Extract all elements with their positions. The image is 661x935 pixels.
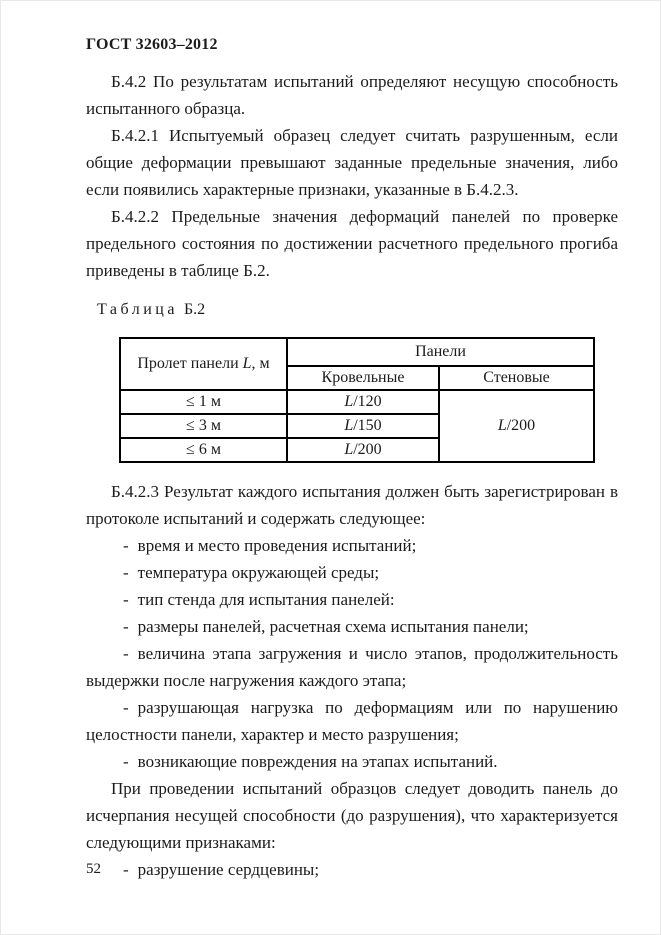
roof-value-italic: L bbox=[344, 417, 353, 434]
list-item-text: тип стенда для испытания панелей: bbox=[129, 590, 395, 609]
col1-header-suffix: , м bbox=[252, 355, 270, 372]
list-bullet: - bbox=[123, 644, 129, 663]
list-bullet: - bbox=[123, 536, 129, 555]
table-subheader-wall: Стеновые bbox=[439, 366, 594, 390]
list-bullet: - bbox=[123, 698, 129, 717]
span-cell: ≤ 3 м bbox=[120, 414, 287, 438]
paragraph-b422: Б.4.2.2 Предельные значения деформаций п… bbox=[86, 203, 618, 284]
wall-value-rest: /200 bbox=[507, 417, 535, 434]
paragraph-b421: Б.4.2.1 Испытуемый образец следует счита… bbox=[86, 122, 618, 203]
roof-value-italic: L bbox=[344, 393, 353, 410]
table-caption-word: Таблица bbox=[97, 301, 178, 318]
roof-value-rest: /120 bbox=[353, 393, 381, 410]
list-item-text: возникающие повреждения на этапах испыта… bbox=[129, 752, 498, 771]
table-header-panels: Панели bbox=[287, 338, 594, 366]
table-b2: Пролет панели L, м Панели Кровельные Сте… bbox=[119, 337, 595, 463]
list-bullet: - bbox=[123, 617, 129, 636]
roof-value-cell: L/150 bbox=[287, 414, 439, 438]
span-cell: ≤ 6 м bbox=[120, 438, 287, 462]
list-bullet: - bbox=[123, 563, 129, 582]
list-item-text: размеры панелей, расчетная схема испытан… bbox=[129, 617, 529, 636]
col1-header-italic: L bbox=[243, 355, 252, 372]
table-caption: ТаблицаБ.2 bbox=[86, 299, 618, 321]
wall-value-italic: L bbox=[498, 417, 507, 434]
paragraph-b423: Б.4.2.3 Результат каждого испытания долж… bbox=[86, 478, 618, 532]
list-item-text: разрушающая нагрузка по деформациям или … bbox=[86, 698, 618, 744]
list-item-text: разрушение сердцевины; bbox=[129, 860, 319, 879]
table-header-span: Пролет панели L, м bbox=[120, 338, 287, 390]
document-body: Б.4.2 По результатам испытаний определяю… bbox=[86, 68, 618, 883]
list-item-text: величина этапа загружения и число этапов… bbox=[86, 644, 618, 690]
list-item: -температура окружающей среды; bbox=[86, 559, 618, 586]
wall-value-cell: L/200 bbox=[439, 390, 594, 462]
list-bullet: - bbox=[123, 590, 129, 609]
col1-header-text: Пролет панели bbox=[137, 355, 242, 372]
roof-value-rest: /150 bbox=[353, 417, 381, 434]
table-row: ≤ 1 м L/120 L/200 bbox=[120, 390, 594, 414]
roof-value-rest: /200 bbox=[353, 441, 381, 458]
list-item: -время и место проведения испытаний; bbox=[86, 532, 618, 559]
table-caption-number: Б.2 bbox=[184, 301, 205, 318]
list-item: -размеры панелей, расчетная схема испыта… bbox=[86, 613, 618, 640]
document-page: ГОСТ 32603–2012 Б.4.2 По результатам исп… bbox=[0, 0, 661, 935]
list-item: -тип стенда для испытания панелей: bbox=[86, 586, 618, 613]
table-subheader-roof: Кровельные bbox=[287, 366, 439, 390]
roof-value-italic: L bbox=[344, 441, 353, 458]
list-bullet: - bbox=[123, 860, 129, 879]
roof-value-cell: L/200 bbox=[287, 438, 439, 462]
paragraph-final: При проведении испытаний образцов следуе… bbox=[86, 775, 618, 856]
span-cell: ≤ 1 м bbox=[120, 390, 287, 414]
list-item-text: температура окружающей среды; bbox=[129, 563, 379, 582]
list-item-text: время и место проведения испытаний; bbox=[129, 536, 417, 555]
page-number: 52 bbox=[86, 861, 101, 878]
list-item: -разрушение сердцевины; bbox=[86, 856, 618, 883]
list-item: -разрушающая нагрузка по деформациям или… bbox=[86, 694, 618, 748]
table-row: Пролет панели L, м Панели bbox=[120, 338, 594, 366]
paragraph-b42: Б.4.2 По результатам испытаний определяю… bbox=[86, 68, 618, 122]
list-item: -величина этапа загружения и число этапо… bbox=[86, 640, 618, 694]
list-bullet: - bbox=[123, 752, 129, 771]
list-item: -возникающие повреждения на этапах испыт… bbox=[86, 748, 618, 775]
document-number-header: ГОСТ 32603–2012 bbox=[86, 36, 218, 54]
roof-value-cell: L/120 bbox=[287, 390, 439, 414]
